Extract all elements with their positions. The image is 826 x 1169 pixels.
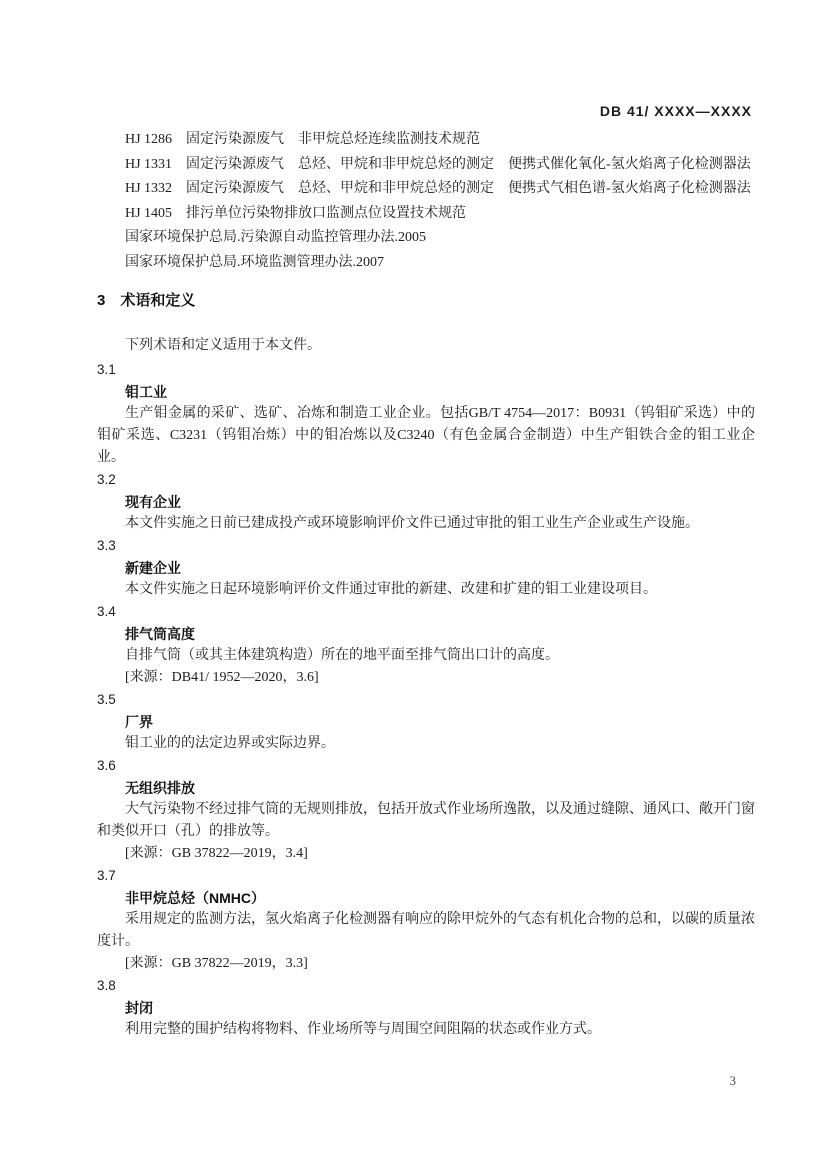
page-number: 3 [730,1073,737,1089]
term-definition: 大气污染物不经过排气筒的无规则排放，包括开放式作业场所逸散，以及通过缝隙、通风口… [97,799,755,843]
term-block: 3.8 封闭 利用完整的围护结构将物料、作业场所等与周围空间阻隔的状态或作业方式… [97,975,755,1041]
reference-line: HJ 1405 排污单位污染物排放口监测点位设置技术规范 [97,202,755,227]
term-source: [来源：DB41/ 1952—2020，3.6] [97,667,755,689]
term-block: 3.3 新建企业 本文件实施之日起环境影响评价文件通过审批的新建、改建和扩建的钼… [97,535,755,601]
term-number: 3.4 [97,601,755,623]
term-number: 3.5 [97,689,755,711]
section-intro: 下列术语和定义适用于本文件。 [97,334,755,357]
page-content: HJ 1286 固定污染源废气 非甲烷总烃连续监测技术规范HJ 1331 固定污… [97,128,755,1041]
reference-line: HJ 1331 固定污染源废气 总烃、甲烷和非甲烷总烃的测定 便携式催化氧化-氢… [97,153,755,178]
document-page: DB 41/ XXXX—XXXX HJ 1286 固定污染源废气 非甲烷总烃连续… [0,0,826,1169]
term-definition: 生产钼金属的采矿、选矿、冶炼和制造工业企业。包括GB/T 4754—2017：B… [97,403,755,469]
term-source: [来源：GB 37822—2019，3.3] [97,953,755,975]
section-title: 术语和定义 [120,292,195,309]
references-list: HJ 1286 固定污染源废气 非甲烷总烃连续监测技术规范HJ 1331 固定污… [97,128,755,275]
term-definition: 本文件实施之日前已建成投产或环境影响评价文件已通过审批的钼工业生产企业或生产设施… [97,513,755,535]
term-number: 3.7 [97,865,755,887]
term-definition: 钼工业的的法定边界或实际边界。 [97,733,755,755]
reference-line: 国家环境保护总局.环境监测管理办法.2007 [97,251,755,276]
section-number: 3 [97,292,105,309]
term-block: 3.1 钼工业 生产钼金属的采矿、选矿、冶炼和制造工业企业。包括GB/T 475… [97,359,755,469]
term-name: 现有企业 [97,491,755,513]
term-name: 排气筒高度 [97,623,755,645]
term-name: 厂界 [97,711,755,733]
reference-line: 国家环境保护总局.污染源自动监控管理办法.2005 [97,226,755,251]
term-name: 封闭 [97,997,755,1019]
term-block: 3.5 厂界 钼工业的的法定边界或实际边界。 [97,689,755,755]
term-number: 3.8 [97,975,755,997]
term-definition: 自排气筒（或其主体建筑构造）所在的地平面至排气筒出口计的高度。 [97,645,755,667]
term-number: 3.2 [97,469,755,491]
reference-line: HJ 1332 固定污染源废气 总烃、甲烷和非甲烷总烃的测定 便携式气相色谱-氢… [97,177,755,202]
term-block: 3.2 现有企业 本文件实施之日前已建成投产或环境影响评价文件已通过审批的钼工业… [97,469,755,535]
term-number: 3.1 [97,359,755,381]
term-name: 非甲烷总烃（NMHC） [97,887,755,909]
term-number: 3.3 [97,535,755,557]
term-name: 新建企业 [97,557,755,579]
term-definition: 本文件实施之日起环境影响评价文件通过审批的新建、改建和扩建的钼工业建设项目。 [97,579,755,601]
terms-list: 3.1 钼工业 生产钼金属的采矿、选矿、冶炼和制造工业企业。包括GB/T 475… [97,359,755,1041]
term-definition: 采用规定的监测方法，氢火焰离子化检测器有响应的除甲烷外的气态有机化合物的总和，以… [97,909,755,953]
term-definition: 利用完整的围护结构将物料、作业场所等与周围空间阻隔的状态或作业方式。 [97,1019,755,1041]
reference-line: HJ 1286 固定污染源废气 非甲烷总烃连续监测技术规范 [97,128,755,153]
term-block: 3.6 无组织排放 大气污染物不经过排气筒的无规则排放，包括开放式作业场所逸散，… [97,755,755,865]
doc-number: DB 41/ XXXX—XXXX [600,103,752,119]
section-heading: 3术语和定义 [97,289,755,310]
term-number: 3.6 [97,755,755,777]
term-block: 3.4 排气筒高度 自排气筒（或其主体建筑构造）所在的地平面至排气筒出口计的高度… [97,601,755,689]
term-source: [来源：GB 37822—2019，3.4] [97,843,755,865]
term-name: 无组织排放 [97,777,755,799]
term-name: 钼工业 [97,381,755,403]
term-block: 3.7 非甲烷总烃（NMHC） 采用规定的监测方法，氢火焰离子化检测器有响应的除… [97,865,755,975]
page-header: DB 41/ XXXX—XXXX [600,103,752,119]
